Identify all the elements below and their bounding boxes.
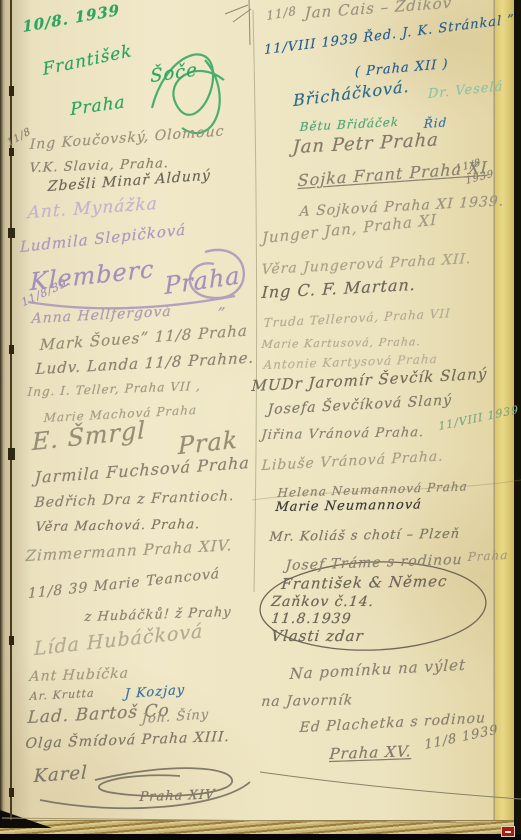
signature: Ar. Krutta [29, 688, 94, 702]
signature: Marie Kartusová, Praha. [261, 336, 421, 350]
scan-background-bottom [0, 834, 521, 840]
binding-gutter [4, 0, 32, 822]
signature: Řid [424, 116, 448, 130]
signature: Zaňkov č.14. [271, 595, 375, 609]
signature: Jiřina Vránová Praha. [261, 426, 425, 442]
page-bottom-edges [0, 820, 514, 835]
signature: Mr. Koliáš s chotí – Plzeň [269, 528, 461, 544]
scan-background-right [514, 0, 521, 840]
signature: Karel [33, 764, 88, 786]
signature: Praha [467, 549, 508, 563]
signature: Vlasti zdar [270, 629, 364, 644]
signature: Marie Neumannová [275, 498, 423, 514]
signature: František & Němec [281, 574, 448, 592]
signature: na Javorník [261, 693, 354, 709]
signature: Věra Machová. Praha. [35, 518, 201, 534]
signature: 11.8.1939 [271, 612, 353, 626]
signature: Praha XIV [139, 788, 216, 804]
minus-icon [505, 831, 511, 833]
scanned-guestbook-page: 10/8. 1939FrantišekŠočePraha11/8Ing Kouč… [0, 0, 521, 840]
signature: Praha XV. [329, 744, 412, 762]
signature: Ant Hubíčka [29, 667, 129, 685]
signature: ” [216, 306, 226, 321]
bottom-left-shadow [0, 810, 52, 828]
red-corner-marker [501, 826, 515, 837]
